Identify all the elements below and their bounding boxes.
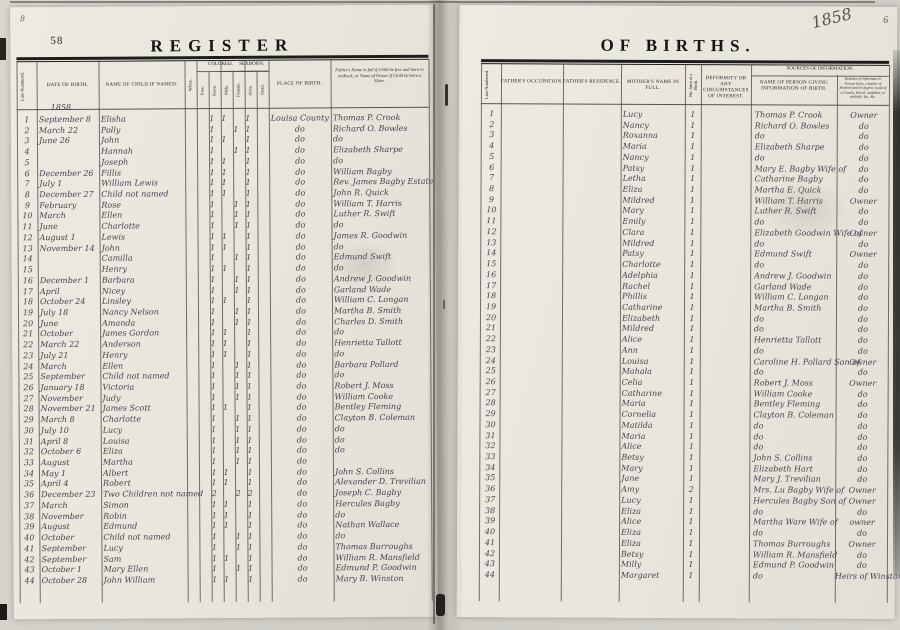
father-or-owner-name: Bentley Fleming	[335, 402, 402, 412]
tick-sex-male: 1	[220, 339, 230, 349]
date-of-birth: July 1	[39, 179, 62, 189]
child-name: Amanda	[102, 318, 135, 328]
father-or-owner-name: John R. Quick	[333, 188, 389, 198]
handwritten-year: 1858	[810, 4, 854, 32]
number-born-at-birth: 1	[684, 217, 700, 227]
child-name: Robert	[103, 479, 131, 489]
place-of-birth: do	[270, 360, 332, 370]
line-number: 12	[18, 233, 38, 243]
line-number: 23	[482, 345, 500, 355]
mother-name: Eliza	[621, 539, 641, 549]
tick-born-alive: 1	[245, 403, 255, 413]
mother-name: Eliza	[623, 185, 643, 195]
column-header-father-occupation: FATHER'S OCCUPATION.	[501, 79, 563, 85]
number-born-at-birth: 1	[684, 357, 700, 367]
tick-sex-female: 1	[231, 146, 241, 156]
mother-name: Celia	[622, 378, 643, 388]
tick-born-alive: 1	[244, 382, 254, 392]
line-number: 11	[482, 216, 500, 226]
child-name: Lucy	[103, 425, 123, 435]
informant-relation: do	[836, 282, 890, 292]
number-born-at-birth: 1	[684, 389, 700, 399]
column-header-line-number: Line Numbered.	[19, 65, 24, 107]
father-or-owner-name: do	[333, 135, 343, 145]
tick-sex-female: 1	[233, 446, 243, 456]
column-header-number-born: No. born at a Birth.	[688, 68, 698, 102]
number-born-at-birth: 1	[684, 378, 700, 388]
number-born-at-birth: 1	[685, 121, 701, 131]
informant-name: do	[754, 239, 764, 249]
father-or-owner-name: Thomas Burroughs	[335, 542, 412, 552]
child-name: Mary Ellen	[104, 565, 149, 575]
tick-sex-male: 1	[221, 553, 231, 563]
line-number: 38	[19, 512, 39, 522]
line-number: 25	[482, 366, 500, 376]
column-header-alive: Alive.	[248, 74, 253, 106]
child-name: Victoria	[102, 383, 134, 393]
informant-relation: do	[837, 175, 891, 185]
number-born-at-birth: 1	[684, 292, 700, 302]
column-header-child-name: NAME OF CHILD IF NAMED.	[99, 82, 185, 89]
line-number: 1	[483, 109, 501, 119]
father-or-owner-name: do	[335, 510, 345, 520]
number-born-at-birth: 2	[683, 485, 699, 495]
line-number: 34	[19, 469, 39, 479]
child-name: Charlotte	[103, 415, 141, 425]
child-name: Anderson	[102, 340, 141, 350]
date-of-birth: June	[39, 222, 57, 232]
informant-name: William C. Longan	[754, 293, 829, 303]
child-name: Judy	[102, 393, 120, 403]
tick-born-alive: 1	[244, 253, 254, 263]
line-number: 19	[482, 302, 500, 312]
mother-name: Alice	[621, 517, 641, 527]
number-born-at-birth: 1	[683, 432, 699, 442]
tick-born-alive: 1	[246, 564, 256, 574]
line-number: 21	[18, 330, 38, 340]
informant-relation: Owner	[835, 497, 889, 507]
line-number: 31	[481, 431, 499, 441]
place-of-birth: do	[270, 317, 332, 327]
number-born-at-birth: 1	[683, 421, 699, 431]
line-number: 31	[19, 437, 39, 447]
tick-colored-slave: 1	[209, 403, 219, 413]
child-name: Polly	[101, 125, 121, 135]
tick-born-alive: 1	[243, 200, 253, 210]
column-header-line-number: Line Numbered.	[484, 67, 489, 101]
mother-name: Milly	[621, 560, 641, 570]
mother-name: Maria	[623, 142, 647, 152]
line-number: 2	[483, 120, 501, 130]
tick-born-alive: 1	[245, 543, 255, 553]
father-or-owner-name: William C. Longan	[334, 295, 409, 305]
tick-colored-slave: 1	[208, 328, 218, 338]
tick-colored-slave: 1	[209, 511, 219, 521]
tick-colored-slave: 1	[208, 286, 218, 296]
line-number: 43	[20, 565, 40, 575]
informant-relation: do	[837, 154, 891, 164]
line-number: 2	[17, 126, 37, 136]
tick-sex-male: 1	[221, 521, 231, 531]
tick-born-alive: 1	[244, 275, 254, 285]
informant-name: Bentley Fleming	[754, 400, 821, 410]
line-number: 39	[19, 522, 39, 532]
tick-sex-female: 1	[231, 210, 241, 220]
place-of-birth: do	[270, 381, 332, 391]
number-born-at-birth: 1	[685, 174, 701, 184]
informant-relation: do	[836, 304, 890, 314]
child-name: James Gordon	[102, 329, 159, 339]
informant-relation: Owner	[836, 357, 890, 367]
mother-name: Patsy	[623, 163, 645, 173]
place-of-birth: do	[270, 242, 332, 252]
line-number: 25	[18, 372, 38, 382]
date-of-birth: October	[41, 533, 74, 543]
line-number: 22	[18, 340, 38, 350]
informant-relation: do	[835, 550, 889, 560]
father-or-owner-name: do	[334, 328, 344, 338]
informant-name: Garland Wade	[754, 282, 811, 292]
tick-colored-slave: 1	[208, 307, 218, 317]
place-of-birth: do	[270, 371, 332, 381]
line-number: 32	[481, 441, 499, 451]
tick-sex-male: 1	[221, 403, 231, 413]
informant-name: do	[753, 421, 763, 431]
column-header-dead: Dead.	[260, 74, 265, 106]
informant-relation: do	[836, 389, 890, 399]
date-of-birth: February	[39, 201, 76, 211]
tick-born-alive: 1	[244, 339, 254, 349]
tick-sex-male: 1	[221, 478, 231, 488]
column-header-male: Male.	[224, 74, 229, 106]
informant-name: do	[753, 507, 763, 517]
date-of-birth: March 22	[39, 126, 78, 136]
number-born-at-birth: 1	[684, 335, 700, 345]
mother-name: Roxanna	[623, 131, 658, 141]
informant-relation: do	[836, 368, 890, 378]
father-or-owner-name: Edmund P. Goodwin	[336, 563, 417, 573]
scan-edge-mark	[0, 604, 7, 620]
tick-colored-slave: 1	[209, 479, 219, 489]
year-heading: 1858	[51, 103, 71, 112]
number-born-at-birth: 1	[684, 207, 700, 217]
place-of-birth: do	[271, 467, 333, 477]
date-of-birth: December 23	[41, 490, 95, 500]
line-number: 8	[17, 190, 37, 200]
tick-born-alive: 1	[246, 575, 256, 585]
column-header-female: Female.	[236, 74, 241, 106]
date-of-birth: August	[41, 458, 70, 468]
left-page-rows: 1September 8Elisha111Louisa CountyThomas…	[11, 113, 435, 116]
scan-edge-mark	[0, 38, 6, 60]
informant-name: do	[754, 325, 764, 335]
child-name: Louisa	[103, 436, 130, 446]
date-of-birth: March 8	[41, 415, 75, 425]
tick-colored-slave: 1	[207, 211, 217, 221]
tick-sex-female: 1	[232, 253, 242, 263]
place-of-birth: do	[271, 521, 333, 531]
number-born-at-birth: 1	[684, 314, 700, 324]
father-or-owner-name: William R. Mansfield	[335, 552, 419, 563]
place-of-birth: do	[269, 145, 331, 155]
child-name: Sam	[103, 554, 121, 564]
line-number: 15	[18, 265, 38, 275]
date-of-birth: September	[40, 372, 85, 382]
mother-name: Mildred	[622, 238, 654, 248]
child-name: Ellen	[102, 361, 123, 371]
line-number: 17	[482, 281, 500, 291]
place-of-birth: do	[271, 553, 333, 563]
tick-born-alive: 1	[245, 478, 255, 488]
number-born-at-birth: 1	[683, 550, 699, 560]
line-number: 44	[20, 576, 40, 586]
line-number: 3	[483, 131, 501, 141]
date-of-birth: March	[40, 362, 66, 372]
informant-relation: Owner	[835, 486, 889, 496]
place-of-birth: do	[271, 489, 333, 499]
number-born-at-birth: 1	[683, 442, 699, 452]
line-number: 7	[483, 173, 501, 183]
father-or-owner-name: Charles D. Smith	[334, 317, 403, 327]
informant-name: Edmund P. Goodwin	[753, 561, 834, 571]
line-number: 12	[482, 227, 500, 237]
tick-colored-slave: 1	[208, 275, 218, 285]
tick-colored-slave: 1	[209, 521, 219, 531]
line-number: 22	[482, 334, 500, 344]
tick-born-alive: 1	[245, 468, 255, 478]
register-title: REGISTER	[10, 35, 434, 58]
tick-sex-male: 1	[220, 296, 230, 306]
tick-born-alive: 1	[244, 317, 254, 327]
column-header-mother-name: MOTHER'S NAME IN FULL.	[621, 80, 685, 92]
right-page: OF BIRTHS. 1858 6 Line Numbered. FATHER'…	[457, 5, 898, 619]
number-born-at-birth: 1	[684, 303, 700, 313]
informant-name: Henrietta Tallott	[754, 335, 822, 345]
date-of-birth: July 18	[40, 308, 68, 318]
column-header-deformity: DEFORMITY OR ANY CIRCUMSTANCES OF INTERE…	[703, 76, 749, 100]
tick-colored-slave: 1	[207, 135, 217, 145]
line-number: 36	[481, 484, 499, 494]
tick-sex-male: 1	[222, 575, 232, 585]
informant-relation: do	[836, 347, 890, 357]
informant-relation: do	[837, 121, 891, 131]
place-of-birth: do	[271, 478, 333, 488]
informant-relation: do	[837, 186, 891, 196]
father-or-owner-name: Mary B. Winston	[336, 574, 404, 584]
place-of-birth: do	[271, 510, 333, 520]
column-header-white: White.	[187, 64, 192, 106]
child-name: Fillis	[101, 168, 121, 178]
informant-relation: Owner	[836, 250, 890, 260]
tick-sex-female: 1	[232, 285, 242, 295]
tick-sex-female: 1	[231, 221, 241, 231]
child-name: Rose	[101, 200, 121, 210]
tick-colored-slave: 1	[209, 446, 219, 456]
father-or-owner-name: Robert J. Moss	[334, 381, 393, 391]
father-or-owner-name: Luther R. Swift	[333, 209, 395, 219]
informant-name: Robert J. Moss	[754, 378, 813, 388]
tick-colored-slave: 2	[209, 489, 219, 499]
child-name: Simon	[103, 500, 129, 510]
line-number: 5	[483, 152, 501, 162]
date-of-birth: December 26	[39, 168, 93, 178]
child-name: Edmund	[103, 522, 137, 532]
date-of-birth: October 1	[42, 565, 82, 575]
place-of-birth: do	[271, 446, 333, 456]
informant-relation: do	[836, 314, 890, 324]
place-of-birth: do	[270, 253, 332, 263]
line-number: 6	[483, 163, 501, 173]
number-born-at-birth: 1	[685, 131, 701, 141]
number-born-at-birth: 1	[683, 571, 699, 581]
number-born-at-birth: 1	[684, 271, 700, 281]
tick-born-alive: 2	[245, 489, 255, 499]
place-of-birth: do	[269, 167, 331, 177]
line-number: 16	[482, 270, 500, 280]
mother-name: Mahala	[622, 367, 652, 377]
father-or-owner-name: do	[335, 446, 345, 456]
informant-relation: do	[835, 422, 889, 432]
father-or-owner-name: do	[334, 349, 344, 359]
date-of-birth: September	[41, 544, 86, 554]
father-or-owner-name: William Cooke	[334, 392, 393, 402]
tick-colored-slave: 1	[209, 436, 219, 446]
date-of-birth: August 1	[40, 233, 76, 243]
number-born-at-birth: 1	[684, 324, 700, 334]
informant-relation: owner	[835, 518, 889, 528]
child-name: William Lewis	[101, 179, 158, 189]
place-of-birth: do	[270, 296, 332, 306]
mother-name: Ann	[622, 346, 638, 356]
place-of-birth: do	[269, 156, 331, 166]
line-number: 18	[482, 291, 500, 301]
line-number: 37	[19, 501, 39, 511]
informant-relation: Owner	[836, 229, 890, 239]
line-number: 36	[19, 490, 39, 500]
tick-sex-female: 1	[233, 435, 243, 445]
scan-edge-right	[893, 50, 900, 575]
child-name: Charlotte	[101, 222, 139, 232]
tick-colored-slave: 1	[209, 532, 219, 542]
number-born-at-birth: 1	[683, 453, 699, 463]
line-number: 4	[17, 147, 37, 157]
tick-sex-male: 1	[220, 232, 230, 242]
child-name: Two Children not named	[103, 489, 203, 500]
informant-name: Andrew J. Goodwin	[754, 271, 831, 281]
line-number: 27	[482, 388, 500, 398]
tick-colored-slave: 1	[208, 264, 218, 274]
place-of-birth: do	[270, 274, 332, 284]
line-number: 4	[483, 141, 501, 151]
informant-name: John S. Collins	[753, 453, 812, 463]
tick-colored-slave: 1	[208, 232, 218, 242]
number-born-at-birth: 1	[683, 496, 699, 506]
child-name: Child not named	[102, 372, 169, 382]
tick-born-alive: 1	[245, 521, 255, 531]
tick-colored-slave: 1	[208, 296, 218, 306]
place-of-birth: do	[269, 221, 331, 231]
tick-sex-male: 1	[221, 468, 231, 478]
line-number: 32	[19, 447, 39, 457]
place-of-birth: do	[269, 188, 331, 198]
date-of-birth: December 1	[40, 276, 89, 286]
place-of-birth: do	[271, 542, 333, 552]
informant-name: William R. Mansfield	[753, 550, 837, 560]
tick-born-alive: 1	[243, 114, 253, 124]
number-born-at-birth: 1	[685, 164, 701, 174]
line-number: 37	[481, 495, 499, 505]
tick-born-alive: 1	[243, 178, 253, 188]
mother-name: Emily	[622, 217, 645, 227]
mother-name: Mary	[621, 464, 642, 474]
tick-sex-male: 1	[220, 264, 230, 274]
father-or-owner-name: do	[335, 435, 345, 445]
father-or-owner-name: Joseph C. Bagby	[335, 488, 401, 498]
number-born-at-birth: 1	[683, 517, 699, 527]
line-number: 14	[18, 254, 38, 264]
line-number: 20	[482, 313, 500, 323]
informant-name: Thomas P. Crook	[755, 110, 823, 120]
informant-name: Hercules Bagby Son of	[753, 496, 846, 506]
tick-born-alive: 1	[245, 500, 255, 510]
line-number: 42	[19, 555, 39, 565]
line-number: 29	[19, 415, 39, 425]
place-of-birth: do	[269, 210, 331, 220]
tick-born-alive: 1	[244, 242, 254, 252]
tick-born-alive: 1	[243, 157, 253, 167]
informant-name: Richard O. Bowles	[755, 121, 830, 131]
mother-name: Margaret	[621, 571, 659, 581]
line-number: 10	[482, 206, 500, 216]
mother-name: Catharine	[622, 388, 662, 398]
date-of-birth: November	[40, 394, 82, 404]
informant-name: do	[753, 571, 763, 581]
tick-colored-slave: 1	[208, 371, 218, 381]
line-number: 27	[18, 394, 38, 404]
column-header-date: DATE OF BIRTH.	[37, 83, 99, 89]
informant-name: do	[754, 314, 764, 324]
number-born-at-birth: 1	[684, 367, 700, 377]
column-header-slave: Slave.	[212, 74, 217, 106]
number-born-at-birth: 1	[684, 228, 700, 238]
tick-colored-slave: 1	[207, 125, 217, 135]
binding-stitch	[445, 84, 448, 106]
date-of-birth: March	[41, 501, 67, 511]
child-name: Child not named	[101, 189, 168, 199]
number-born-at-birth: 1	[685, 153, 701, 163]
mother-name: Patsy	[622, 249, 644, 259]
tick-born-alive: 1	[244, 328, 254, 338]
tick-colored-slave: 1	[209, 414, 219, 424]
informant-relation: do	[836, 261, 890, 271]
tick-sex-male: 1	[219, 135, 229, 145]
father-or-owner-name: Rev. James Bagby Estate	[333, 177, 433, 188]
child-name: John	[102, 243, 120, 253]
informant-relation: do	[836, 271, 890, 281]
father-or-owner-name: Barbara Pollard	[334, 359, 398, 369]
tick-born-alive: 1	[243, 210, 253, 220]
tick-colored-slave: 1	[208, 382, 218, 392]
tick-colored-slave: 1	[208, 339, 218, 349]
informant-relation: do	[835, 507, 889, 517]
number-born-at-birth: 1	[685, 142, 701, 152]
father-or-owner-name: do	[333, 156, 343, 166]
child-name: Henry	[102, 350, 127, 360]
line-number: 24	[18, 362, 38, 372]
informant-name: do	[753, 528, 763, 538]
father-or-owner-name: do	[334, 371, 344, 381]
tick-born-alive: 1	[244, 232, 254, 242]
